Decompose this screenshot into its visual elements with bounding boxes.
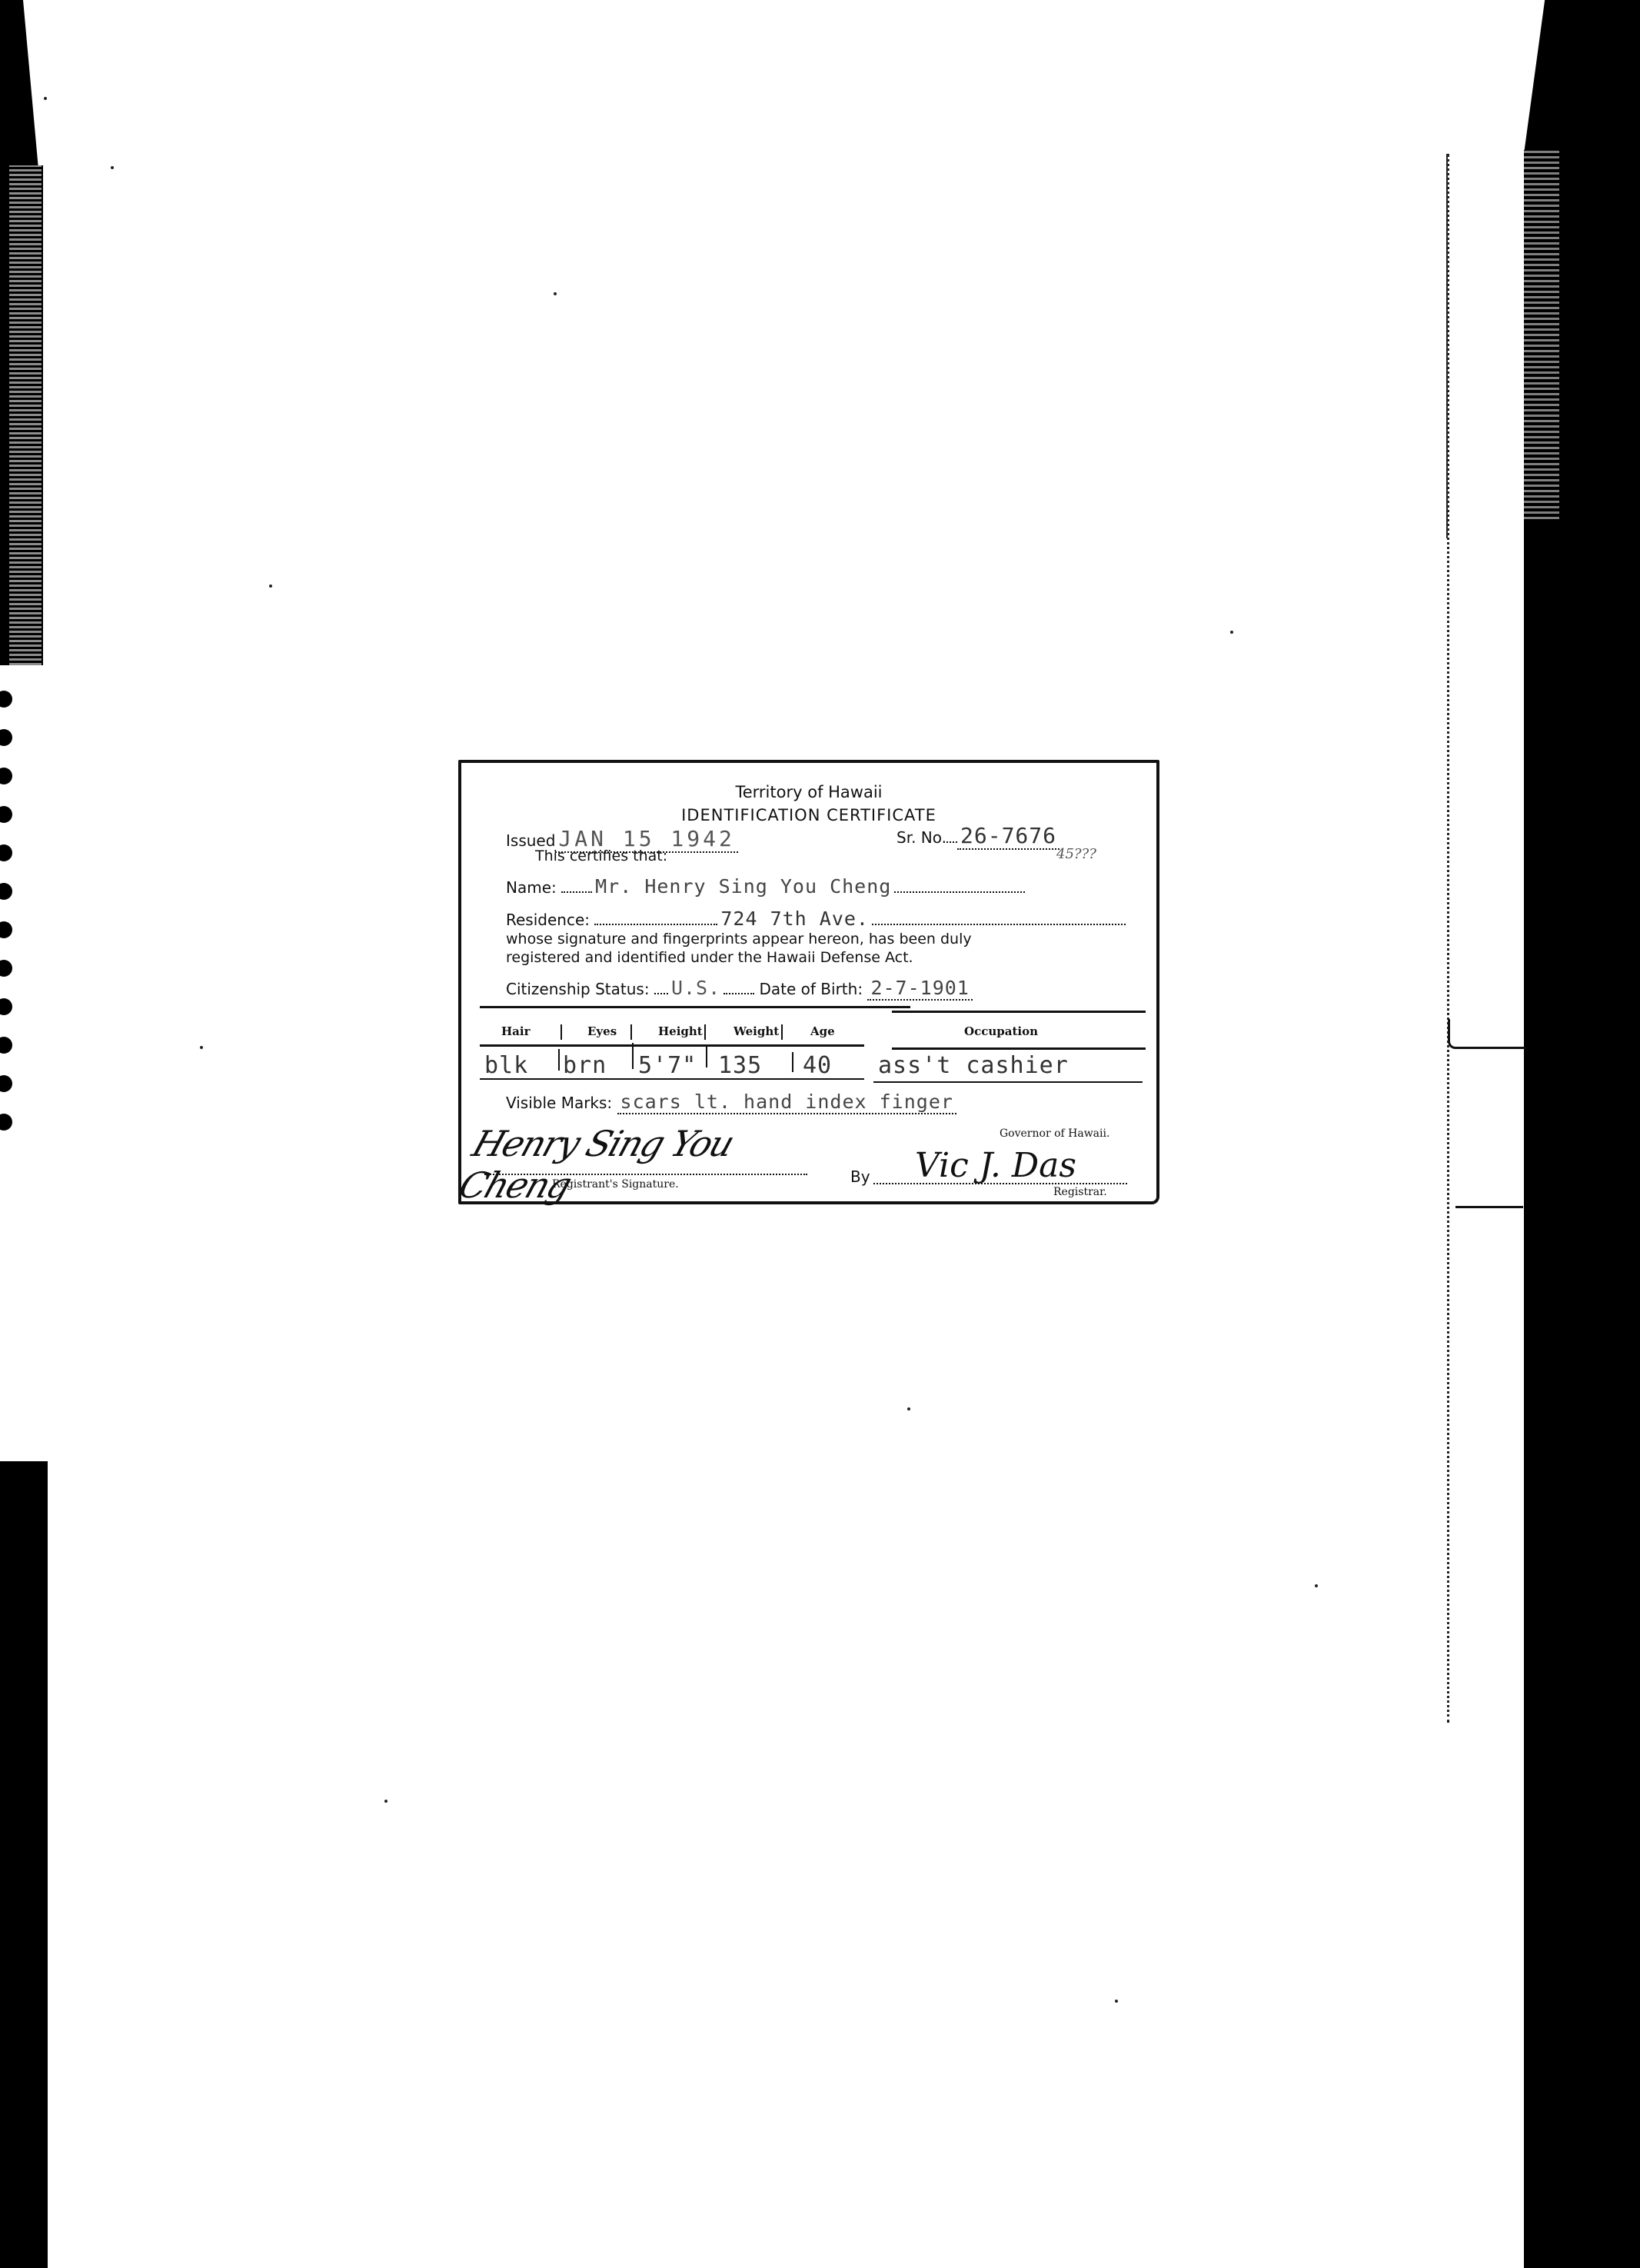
speck [269,584,272,588]
dob-value: 2-7-1901 [867,977,972,1001]
speck [1315,1584,1318,1587]
speck [554,292,557,295]
citizenship-value: U.S. [668,977,724,999]
speck [384,1800,388,1803]
registrar-signature: Vic J. Das [915,1146,1138,1192]
scan-edge-left-marks [0,677,26,1446]
citizenship-label: Citizenship Status: [506,980,650,998]
header-occupation: Occupation [964,1024,1038,1038]
by-label: By [850,1167,870,1186]
statement-line-1: whose signature and fingerprints appear … [506,931,972,947]
bracket-mark [1448,1019,1525,1049]
header-height: Height [658,1024,703,1038]
scan-edge-right-top [1524,0,1640,154]
visible-marks-value: scars lt. hand index finger [617,1091,956,1114]
registrant-signature: Henry Sing You Cheng [464,1123,812,1177]
attributes-values-row: blk brn 5'7" 135 40 ass't cashier [480,1049,1141,1080]
header-weight: Weight [734,1024,779,1038]
registrant-signature-caption: Registrant's Signature. [552,1178,679,1191]
value-weight: 135 [718,1052,762,1079]
name-row: Name: Mr. Henry Sing You Cheng [506,875,1025,898]
value-hair: blk [484,1052,528,1079]
identification-certificate-card: Territory of Hawaii IDENTIFICATION CERTI… [458,760,1159,1204]
header-hair: Hair [501,1024,531,1038]
serial-number: 26-7676 [957,823,1060,850]
certifies-text: This certifies that: [535,848,667,864]
fold-line-solid [1446,154,1448,538]
card-heading-territory: Territory of Hawaii [461,783,1156,801]
speck [907,1407,910,1410]
statement-line-2: registered and identified under the Hawa… [506,949,913,966]
value-height: 5'7" [638,1052,697,1079]
serial-label: Sr. No. [897,828,946,847]
rule [892,1011,1146,1013]
speck [1230,631,1233,634]
rule [480,1044,864,1047]
name-label: Name: [506,878,557,897]
visible-marks-row: Visible Marks: scars lt. hand index fing… [506,1091,956,1113]
scan-edge-left-top [0,0,38,169]
rule [873,1081,1143,1083]
scan-edge-left-strip [0,165,43,665]
speck [1115,2000,1118,2003]
serial-secondary: 45??? [1056,846,1096,862]
rule [480,1006,910,1008]
value-age: 40 [803,1052,832,1079]
visible-marks-label: Visible Marks: [506,1094,612,1112]
residence-row: Residence: 724 7th Ave. [506,908,1126,930]
card-heading-title: IDENTIFICATION CERTIFICATE [461,806,1156,824]
value-occupation: ass't cashier [878,1052,1069,1079]
name-value: Mr. Henry Sing You Cheng [592,875,894,898]
header-age: Age [810,1024,835,1038]
rule [480,1078,864,1080]
serial-row: Sr. No.26-7676 [897,823,1060,848]
speck [44,97,47,100]
residence-value: 724 7th Ave. [717,908,872,930]
speck [111,166,114,169]
governor-caption: Governor of Hawaii. [1000,1127,1109,1140]
dash-mark [1455,1206,1523,1208]
value-eyes: brn [563,1052,607,1079]
residence-label: Residence: [506,911,590,929]
registrar-caption: Registrar. [1053,1186,1107,1198]
scan-edge-left-bottom [0,1461,48,2268]
dob-label: Date of Birth: [760,980,863,998]
header-eyes: Eyes [587,1024,617,1038]
attributes-header-row: Hair Eyes Height Weight Age Occupation [480,1021,1141,1043]
citizenship-row: Citizenship Status: U.S. Date of Birth: … [506,977,973,999]
speck [200,1046,203,1049]
scan-edge-right [1524,150,1640,2268]
